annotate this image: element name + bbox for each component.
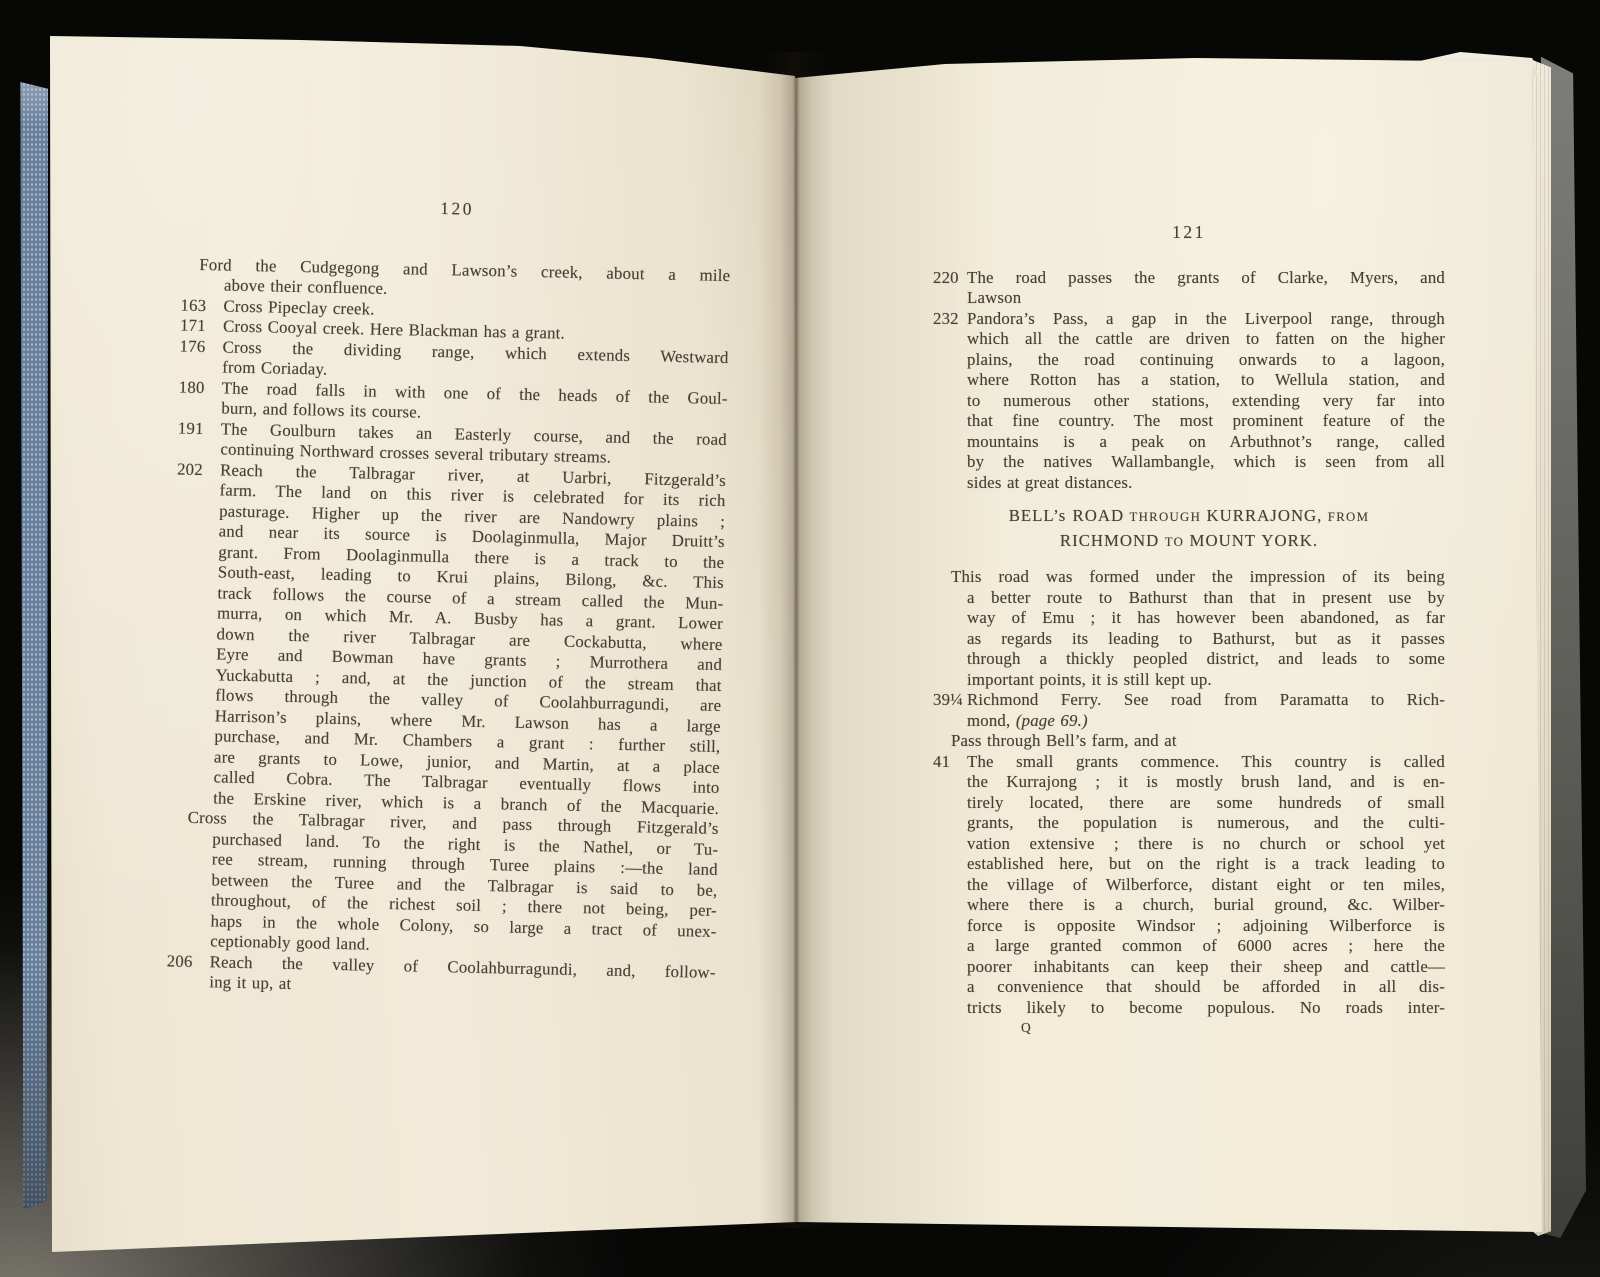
right-page-entries-top: 220The road passes the grants of Clarke,… (933, 268, 1445, 494)
body-text: a better route to Bathurst than that in … (967, 588, 1445, 607)
italic-text: (page 69.) (1016, 711, 1088, 730)
body-text: tirely located, there are some hundreds … (967, 793, 1445, 812)
text-line: a large granted common of 6000 acres ; h… (933, 936, 1445, 957)
body-text: from Coriaday. (222, 357, 328, 378)
road-entry: 220The road passes the grants of Clarke,… (933, 268, 1445, 309)
signature-mark: Q (1021, 1018, 1445, 1038)
text-line: the village of Wilberforce, distant eigh… (933, 875, 1445, 896)
text-line: to numerous other stations, extending ve… (933, 391, 1445, 412)
road-entry: Pass through Bell’s farm, and at (933, 731, 1445, 752)
body-text: above their confluence. (224, 275, 388, 297)
text-line: tricts likely to become populous. No roa… (933, 998, 1445, 1019)
body-text: tricts likely to become populous. No roa… (967, 998, 1445, 1017)
text-line: established here, but on the right is a … (933, 854, 1445, 875)
text-line: the Kurrajong ; it is mostly brush land,… (933, 772, 1445, 793)
text-line: through a thickly peopled district, and … (933, 649, 1445, 670)
body-text: mond, (967, 711, 1016, 730)
text-line: as regards its leading to Bathurst, but … (933, 629, 1445, 650)
text-line: mond, (page 69.) (933, 711, 1445, 732)
text-line: which all the cattle are driven to fatte… (933, 329, 1445, 350)
text-line: 39¼Richmond Ferry. See road from Paramat… (933, 690, 1445, 711)
body-text: the village of Wilberforce, distant eigh… (967, 875, 1445, 894)
book-page-right: 121 220The road passes the grants of Cla… (795, 50, 1547, 1240)
mileage-number: 202 (177, 459, 220, 480)
heading-text: KURRAJONG, (1207, 506, 1323, 525)
mileage-number: 176 (179, 336, 222, 357)
body-text: established here, but on the right is a … (967, 854, 1445, 873)
body-text: The small grants commence. This country … (967, 752, 1445, 771)
text-line: Pass through Bell’s farm, and at (933, 731, 1445, 752)
text-line: a better route to Bathurst than that in … (933, 588, 1445, 609)
body-text: mountains is a peak on Arbuthnot’s range… (967, 432, 1445, 451)
heading-text: RICHMOND (1060, 531, 1159, 550)
body-text: Lawson (967, 288, 1021, 307)
road-entry: 41The small grants commence. This countr… (933, 752, 1445, 1019)
section-heading: BELL’s ROAD THROUGH KURRAJONG, FROM RICH… (933, 504, 1445, 554)
text-line: 232Pandora’s Pass, a gap in the Liverpoo… (933, 309, 1445, 330)
text-line: where there is a church, burial ground, … (933, 895, 1445, 916)
body-text: where there is a church, burial ground, … (967, 895, 1445, 914)
body-text: through a thickly peopled district, and … (967, 649, 1445, 668)
heading-text: TO (1165, 535, 1184, 549)
body-text: that fine country. The most prominent fe… (967, 411, 1445, 430)
text-line: vation extensive ; there is no church or… (933, 834, 1445, 855)
left-page-entries: Ford the Cudgegong and Lawson’s creek, a… (166, 254, 730, 1003)
body-text: Pass through Bell’s farm, and at (951, 731, 1177, 750)
body-text: by the natives Wallambangle, which is se… (967, 452, 1445, 471)
text-line: where Rotton has a station, to Wellula s… (933, 370, 1445, 391)
mileage-number: 171 (180, 316, 223, 337)
body-text: ceptionably good land. (210, 931, 370, 953)
left-page-text: 120 Ford the Cudgegong and Lawson’s cree… (166, 186, 732, 1004)
right-page-entries-bottom: This road was formed under the impressio… (933, 567, 1445, 1018)
mileage-number: 206 (167, 951, 210, 972)
body-text: sides at great distances. (967, 473, 1133, 492)
body-text: a large granted common of 6000 acres ; h… (967, 936, 1445, 955)
body-text: which all the cattle are driven to fatte… (967, 329, 1445, 348)
body-text: force is opposite Windsor ; adjoining Wi… (967, 916, 1445, 935)
road-entry: 202Reach the Talbragar river, at Uarbri,… (170, 459, 726, 819)
mileage-number: 180 (179, 377, 222, 398)
heading-text: THROUGH (1129, 510, 1201, 524)
body-text: plains, the road continuing onwards to a… (967, 350, 1445, 369)
text-line: sides at great distances. (933, 473, 1445, 494)
mileage-number: 163 (180, 295, 223, 316)
body-text: way of Emu ; it has however been abandon… (967, 608, 1445, 627)
road-entry: 39¼Richmond Ferry. See road from Paramat… (933, 690, 1445, 731)
text-line: plains, the road continuing onwards to a… (933, 350, 1445, 371)
mileage-number: 232 (933, 309, 967, 330)
text-line: force is opposite Windsor ; adjoining Wi… (933, 916, 1445, 937)
body-text: This road was formed under the impressio… (951, 567, 1445, 586)
body-text: grants, the population is numerous, and … (967, 813, 1445, 832)
text-line: by the natives Wallambangle, which is se… (933, 452, 1445, 473)
text-line: 41The small grants commence. This countr… (933, 752, 1445, 773)
body-text: The road passes the grants of Clarke, My… (967, 268, 1445, 287)
road-entry: 232Pandora’s Pass, a gap in the Liverpoo… (933, 309, 1445, 494)
text-line: grants, the population is numerous, and … (933, 813, 1445, 834)
right-page-text: 121 220The road passes the grants of Cla… (933, 218, 1445, 1038)
body-text: the Kurrajong ; it is mostly brush land,… (967, 772, 1445, 791)
body-text: Cross Pipeclay creek. (223, 296, 375, 318)
text-line: poorer inhabitants can keep their sheep … (933, 957, 1445, 978)
mileage-number: 220 (933, 268, 967, 289)
body-text: poorer inhabitants can keep their sheep … (967, 957, 1445, 976)
page-number-right: 121 (933, 222, 1445, 243)
mileage-number: 41 (933, 752, 967, 773)
text-line: that fine country. The most prominent fe… (933, 411, 1445, 432)
text-line: a convenience that should be afforded in… (933, 977, 1445, 998)
section-heading-line-1: BELL’s ROAD THROUGH KURRAJONG, FROM (933, 504, 1445, 529)
heading-text: BELL’s ROAD (1009, 506, 1124, 525)
book-page-left: 120 Ford the Cudgegong and Lawson’s cree… (50, 28, 797, 1256)
body-text: a convenience that should be afforded in… (967, 977, 1445, 996)
mileage-number: 39¼ (933, 690, 967, 711)
heading-text: MOUNT YORK. (1190, 531, 1319, 550)
road-entry: This road was formed under the impressio… (933, 567, 1445, 690)
heading-text: FROM (1328, 510, 1369, 524)
text-line: mountains is a peak on Arbuthnot’s range… (933, 432, 1445, 453)
body-text: Richmond Ferry. See road from Paramatta … (967, 690, 1445, 709)
body-text: where Rotton has a station, to Wellula s… (967, 370, 1445, 389)
body-text: ing it up, at (209, 972, 291, 993)
page-number-left: 120 (182, 193, 731, 225)
text-line: tirely located, there are some hundreds … (933, 793, 1445, 814)
body-text: Pandora’s Pass, a gap in the Liverpool r… (967, 309, 1445, 328)
text-line: way of Emu ; it has however been abandon… (933, 608, 1445, 629)
book-photo-scene: 120 Ford the Cudgegong and Lawson’s cree… (0, 0, 1600, 1277)
body-text: to numerous other stations, extending ve… (967, 391, 1445, 410)
body-text: vation extensive ; there is no church or… (967, 834, 1445, 853)
section-heading-line-2: RICHMOND TO MOUNT YORK. (933, 529, 1445, 554)
body-text: as regards its leading to Bathurst, but … (967, 629, 1445, 648)
text-line: This road was formed under the impressio… (933, 567, 1445, 588)
text-line: 220The road passes the grants of Clarke,… (933, 268, 1445, 289)
mileage-number: 191 (178, 418, 221, 439)
body-text: important points, it is still kept up. (967, 670, 1212, 689)
body-text: burn, and follows its course. (221, 398, 421, 421)
text-line: important points, it is still kept up. (933, 670, 1445, 691)
text-line: Lawson (933, 288, 1445, 309)
road-entry: Cross the Talbragar river, and pass thro… (167, 807, 719, 962)
